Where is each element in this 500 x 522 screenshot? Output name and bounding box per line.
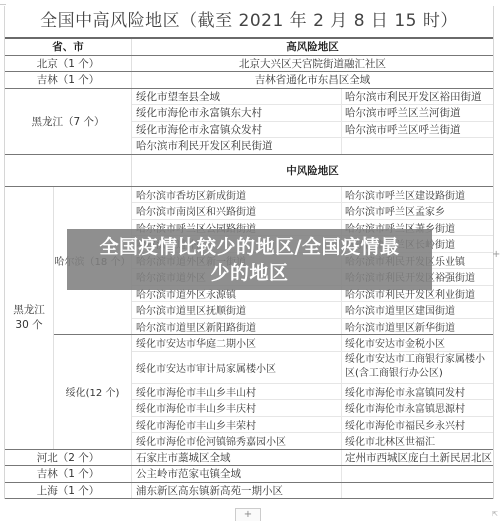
area-cell: 哈尔滨市利民开发区裕田街道 <box>342 89 493 105</box>
province-cell: 吉林（1 个） <box>5 72 132 88</box>
area-cell: 哈尔滨市利民开发区利民街道 <box>132 138 342 154</box>
city-groups: 哈尔滨（18 个） 哈尔滨市香坊区新成街道哈尔滨市呼兰区建设路街道 哈尔滨市南岗… <box>54 187 493 449</box>
table-title: 全国中高风险地区（截至 2021 年 2 月 8 日 15 时） <box>5 6 493 39</box>
area-cell: 哈尔滨市呼兰区呼兰街道 <box>342 122 493 138</box>
table-row: 哈尔滨市南岗区和兴路街道哈尔滨市呼兰区孟家乡 <box>132 203 493 220</box>
heilongjiang-high-risk-block: 黑龙江（7 个） 绥化市望奎县全域 哈尔滨市利民开发区裕田街道 绥化市海伦市永富… <box>5 89 493 155</box>
area-cell: 吉林省通化市东昌区全域 <box>132 72 493 88</box>
table-row: 绥化市海伦市永富镇东大村 哈尔滨市呼兰区兰河街道 <box>132 105 493 122</box>
table-row: 绥化市海伦市伦河镇锦秀嘉园小区绥化市北林区世福汇 <box>132 433 493 449</box>
suihua-group: 绥化(12 个) 绥化市安达市华庭二期小区绥化市安达市金税小区 绥化市安达市审计… <box>54 335 493 449</box>
area-cell <box>342 483 493 499</box>
table-row-jilin-mid: 吉林（1 个） 公主岭市范家屯镇全域 <box>5 466 493 483</box>
area-cell: 绥化市海伦市丰山乡丰山村 <box>132 384 342 400</box>
area-cell: 绥化市安达市华庭二期小区 <box>132 335 342 351</box>
area-cell: 绥化市海伦市伦河镇锦秀嘉园小区 <box>132 433 342 449</box>
province-cell: 上海（1 个） <box>5 483 132 499</box>
area-cell: 浦东新区高东镇新高苑一期小区 <box>132 483 342 499</box>
heilongjiang-mid-risk-block: 黑龙江 30 个 哈尔滨（18 个） 哈尔滨市香坊区新成街道哈尔滨市呼兰区建设路… <box>5 187 493 450</box>
province-cell: 黑龙江 30 个 <box>5 187 54 449</box>
area-cell <box>342 138 493 154</box>
table-row: 绥化市海伦市丰山乡丰荣村绥化市海伦市福民乡永兴村 <box>132 417 493 434</box>
header-row: 省、市 高风险地区 <box>5 39 493 56</box>
area-list: 绥化市望奎县全域 哈尔滨市利民开发区裕田街道 绥化市海伦市永富镇东大村 哈尔滨市… <box>132 89 493 154</box>
table-row: 绥化市海伦市永富镇众发村 哈尔滨市呼兰区呼兰街道 <box>132 122 493 139</box>
header-mid-risk: 中风险地区 <box>132 155 493 186</box>
empty-cell <box>5 155 132 186</box>
province-cell: 北京（1 个） <box>5 56 132 72</box>
area-cell: 哈尔滨市道里区抚顺街道 <box>132 302 342 318</box>
table-row-beijing: 北京（1 个） 北京大兴区天宫院街道融汇社区 <box>5 56 493 73</box>
area-cell: 绥化市海伦市永富镇众发村 <box>132 122 342 138</box>
area-cell: 绥化市北林区世福汇 <box>342 433 493 449</box>
area-cell: 哈尔滨市呼兰区孟家乡 <box>342 203 493 219</box>
table-row: 绥化市安达市华庭二期小区绥化市安达市金税小区 <box>132 335 493 352</box>
expand-icon[interactable]: + <box>492 249 500 260</box>
area-cell <box>342 466 493 482</box>
province-cell: 黑龙江（7 个） <box>5 89 132 154</box>
table-row-hebei: 河北（2 个） 石家庄市藁城区全域 定州市西城区庞白土新民居北区 <box>5 450 493 467</box>
corner-border <box>0 0 6 5</box>
area-cell: 绥化市安达市审计局家属楼小区 <box>132 352 342 383</box>
area-cell: 哈尔滨市南岗区和兴路街道 <box>132 203 342 219</box>
area-cell: 绥化市安达市金税小区 <box>342 335 493 351</box>
table-row: 绥化市海伦市丰山乡丰山村绥化市海伦市永富镇同发村 <box>132 384 493 401</box>
province-cell: 河北（2 个） <box>5 450 132 466</box>
city-cell: 绥化(12 个) <box>54 335 132 449</box>
area-list: 绥化市安达市华庭二期小区绥化市安达市金税小区 绥化市安达市审计局家属楼小区绥化市… <box>132 335 493 449</box>
header-high-risk: 高风险地区 <box>132 39 493 55</box>
area-cell: 哈尔滨市呼兰区建设路街道 <box>342 187 493 203</box>
banner-line-1: 全国疫情比较少的地区/全国疫情最 <box>67 234 432 260</box>
table-row: 哈尔滨市道里区抚顺街道哈尔滨市道里区建国街道 <box>132 302 493 319</box>
banner-line-2: 少的地区 <box>67 260 432 286</box>
table-row-shanghai: 上海（1 个） 浦东新区高东镇新高苑一期小区 <box>5 483 493 500</box>
area-cell: 绥化市海伦市丰山乡丰荣村 <box>132 417 342 433</box>
area-cell: 绥化市海伦市永富镇同发村 <box>342 384 493 400</box>
table-row: 绥化市海伦市丰山乡丰庆村绥化市海伦市永富镇思源村 <box>132 400 493 417</box>
area-cell: 绥化市望奎县全域 <box>132 89 342 105</box>
table-row: 哈尔滨市道里区新阳路街道哈尔滨市道里区新华街道 <box>132 319 493 335</box>
mid-risk-header-row: 中风险地区 <box>5 155 493 187</box>
area-cell: 公主岭市范家屯镇全域 <box>132 466 342 482</box>
headline-overlay-banner: 全国疫情比较少的地区/全国疫情最 少的地区 <box>67 229 432 290</box>
table-row-jilin: 吉林（1 个） 吉林省通化市东昌区全域 <box>5 72 493 89</box>
province-cell: 吉林（1 个） <box>5 466 132 482</box>
header-province: 省、市 <box>5 39 132 55</box>
area-cell: 石家庄市藁城区全域 <box>132 450 342 466</box>
area-cell: 绥化市海伦市福民乡永兴村 <box>342 417 493 433</box>
table-row: 绥化市望奎县全域 哈尔滨市利民开发区裕田街道 <box>132 89 493 106</box>
area-cell: 哈尔滨市道里区新阳路街道 <box>132 319 342 335</box>
area-cell: 哈尔滨市香坊区新成街道 <box>132 187 342 203</box>
area-cell: 哈尔滨市道里区新华街道 <box>342 319 493 335</box>
area-cell: 绥化市海伦市永富镇思源村 <box>342 400 493 416</box>
area-cell: 绥化市海伦市永富镇东大村 <box>132 105 342 121</box>
table-row: 绥化市安达市审计局家属楼小区绥化市安达市工商银行家属楼小区(含工商银行办公区) <box>132 352 493 384</box>
area-cell: 绥化市海伦市丰山乡丰庆村 <box>132 400 342 416</box>
add-sheet-button[interactable]: + <box>235 508 261 521</box>
area-cell: 北京大兴区天宫院街道融汇社区 <box>132 56 493 72</box>
area-cell: 绥化市安达市工商银行家属楼小区(含工商银行办公区) <box>342 352 493 383</box>
table-row: 哈尔滨市香坊区新成街道哈尔滨市呼兰区建设路街道 <box>132 187 493 204</box>
area-cell: 哈尔滨市道里区建国街道 <box>342 302 493 318</box>
area-cell: 定州市西城区庞白土新民居北区 <box>342 450 493 466</box>
table-row: 哈尔滨市利民开发区利民街道 <box>132 138 493 154</box>
resize-handle-icon[interactable]: ⇱ <box>492 510 498 518</box>
area-cell: 哈尔滨市呼兰区兰河街道 <box>342 105 493 121</box>
